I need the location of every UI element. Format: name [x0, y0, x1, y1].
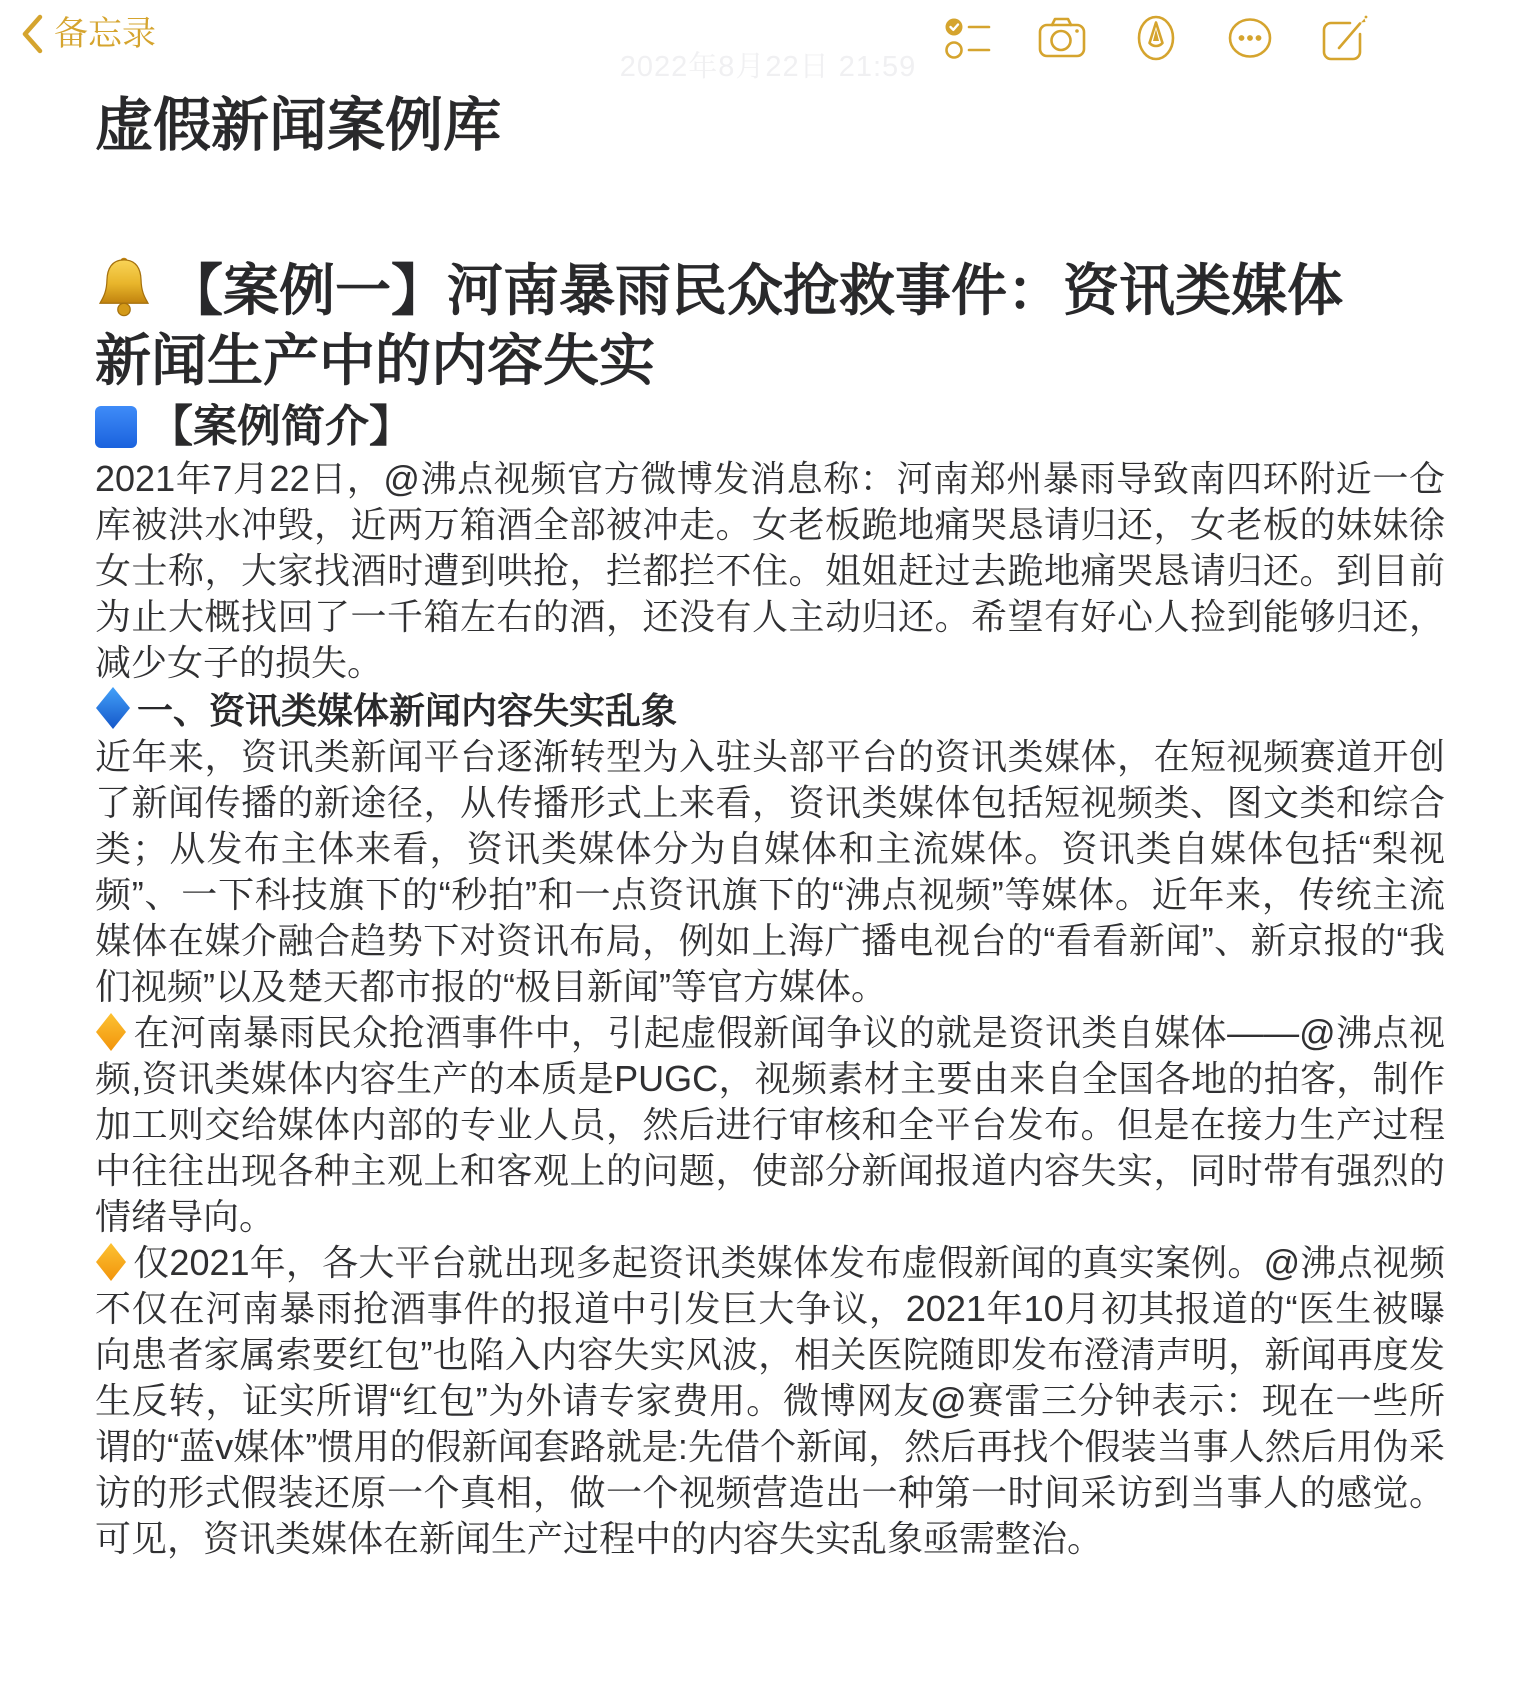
- bullet-paragraph-1: 在河南暴雨民众抢酒事件中，引起虚假新闻争议的就是资讯类自媒体——@沸点视频,资讯…: [95, 1010, 1445, 1240]
- section1-paragraph: 近年来，资讯类新闻平台逐渐转型为入驻头部平台的资讯类媒体，在短视频赛道开创了新闻…: [95, 734, 1445, 1010]
- bullet-paragraph-2: 仅2021年，各大平台就出现多起资讯类媒体发布虚假新闻的真实案例。@沸点视频不仅…: [95, 1240, 1445, 1562]
- blue-diamond-icon: [95, 686, 131, 730]
- bell-icon: [95, 256, 153, 318]
- toolbar: [944, 12, 1516, 62]
- more-icon[interactable]: [1226, 14, 1274, 62]
- camera-icon[interactable]: [1038, 14, 1086, 62]
- intro-paragraph: 2021年7月22日，@沸点视频官方微博发消息称：河南郑州暴雨导致南四环附近一仓…: [95, 456, 1445, 686]
- blue-square-icon: [95, 406, 137, 448]
- back-button-label: 备忘录: [54, 12, 156, 56]
- compose-icon[interactable]: [1320, 14, 1368, 62]
- markup-icon[interactable]: [1132, 14, 1180, 62]
- intro-heading-label: 【案例简介】: [149, 398, 413, 456]
- navbar: 备忘录: [0, 0, 1536, 72]
- back-button[interactable]: 备忘录: [20, 12, 156, 56]
- case-heading: 【案例一】河南暴雨民众抢救事件：资讯类媒体 新闻生产中的内容失实: [95, 256, 1445, 396]
- section1-heading: 一、资讯类媒体新闻内容失实乱象: [95, 686, 1445, 734]
- orange-diamond-icon: [95, 1012, 127, 1052]
- note-content[interactable]: 虚假新闻案例库 【案例一】河南暴雨民众抢救事件：资讯类媒体 新闻生产中的内容失实…: [0, 0, 1536, 1706]
- case-heading-line2: 新闻生产中的内容失实: [95, 326, 1445, 396]
- intro-heading: 【案例简介】: [95, 398, 1445, 456]
- case-heading-line1: 【案例一】河南暴雨民众抢救事件：资讯类媒体: [167, 259, 1343, 322]
- checklist-icon[interactable]: [944, 14, 992, 62]
- note-title: 虚假新闻案例库: [95, 92, 1445, 160]
- orange-diamond-icon: [95, 1242, 127, 1282]
- chevron-left-icon: [20, 14, 44, 54]
